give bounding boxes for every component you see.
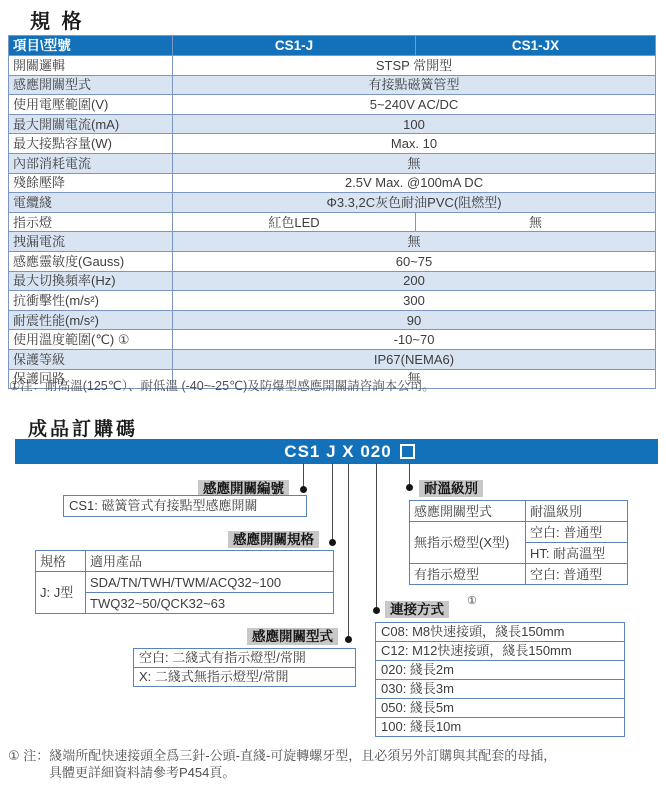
sensor-type-option-x: X: 二綫式無指示燈型/常開: [134, 667, 355, 686]
bottom-footnote-line2: 具體更詳細資料請參考P454頁。: [49, 764, 235, 781]
sensor-spec-header-row: 規格 適用產品: [36, 551, 334, 572]
label-sensor-type: 感應開關型式: [247, 628, 338, 645]
spec-header-cs1j: CS1-J: [173, 36, 416, 56]
connector-line-cs1: [303, 463, 304, 487]
connection-note-ref: ①: [467, 594, 477, 607]
spec-row-sensitivity: 感應靈敏度(Gauss) 60~75: [9, 251, 656, 271]
sensor-number-box: CS1: 磁簧管式有接點型感應開關: [63, 495, 307, 517]
connector-bullet-x: [345, 636, 352, 643]
temp-grade-opt-blank: 空白: 普通型: [526, 522, 628, 543]
bottom-footnote-prefix: ① 注：: [8, 748, 49, 763]
spec-row-max-current: 最大開關電流(mA) 100: [9, 114, 656, 134]
temp-grade-opt-blank-2: 空白: 普通型: [526, 564, 628, 585]
spec-header-item-model: 項目\型號: [9, 36, 173, 56]
spec-row-protection-grade: 保護等級 IP67(NEMA6): [9, 349, 656, 369]
spec-section-title: 規 格: [30, 5, 85, 34]
temp-grade-opt-ht: HT: 耐高溫型: [526, 543, 628, 564]
sensor-number-text: CS1: 磁簧管式有接點型感應開關: [64, 496, 306, 516]
sensor-spec-products-1: SDA/TN/TWH/TWM/ACQ32~100: [86, 572, 334, 593]
connector-line-square: [409, 463, 410, 485]
label-sensor-spec: 感應開關規格: [228, 531, 319, 548]
spec-row-switch-type: 感應開關型式 有接點磁簧管型: [9, 75, 656, 95]
connection-option-c12: C12: M12快速接頭，綫長150mm: [376, 641, 624, 660]
spec-row-residual-drop: 殘餘壓降 2.5V Max. @100mA DC: [9, 173, 656, 193]
sensor-spec-key: J: J型: [36, 572, 86, 614]
spec-row-internal-consumption: 內部消耗電流 無: [9, 153, 656, 173]
spec-table-header-row: 項目\型號 CS1-J CS1-JX: [9, 36, 656, 56]
temp-grade-header-row: 感應開關型式 耐溫級別: [410, 501, 628, 522]
sensor-type-box: 空白: 二綫式有指示燈型/常開 X: 二綫式無指示燈型/常開: [133, 648, 356, 687]
connector-bullet-square: [406, 484, 413, 491]
catalog-page: 規 格 項目\型號 CS1-J CS1-JX 開關邏輯 STSP 常開型 感應開…: [0, 0, 666, 794]
connection-option-c08: C08: M8快速接頭，綫長150mm: [376, 623, 624, 641]
spec-row-shock-resistance: 抗衝擊性(m/s²) 300: [9, 291, 656, 311]
spec-row-leakage: 拽漏電流 無: [9, 232, 656, 252]
connector-bullet-020: [373, 607, 380, 614]
temp-grade-row-with-indicator: 有指示燈型 空白: 普通型: [410, 564, 628, 585]
temp-grade-table: 感應開關型式 耐溫級別 無指示燈型(X型) 空白: 普通型 HT: 耐高溫型 有…: [409, 500, 628, 585]
sensor-spec-col1-header: 規格: [36, 551, 86, 572]
connector-line-j: [332, 463, 333, 540]
temp-grade-col2-header: 耐溫級別: [526, 501, 628, 522]
blank-box-icon: [400, 444, 415, 459]
connection-option-050: 050: 綫長5m: [376, 698, 624, 717]
connector-line-x: [348, 463, 349, 637]
spec-row-max-capacity: 最大接點容量(W) Max. 10: [9, 134, 656, 154]
spec-row-switch-frequency: 最大切換頻率(Hz) 200: [9, 271, 656, 291]
sensor-spec-row-1: J: J型 SDA/TN/TWH/TWM/ACQ32~100: [36, 572, 334, 593]
connection-option-020: 020: 綫長2m: [376, 660, 624, 679]
sensor-type-option-blank: 空白: 二綫式有指示燈型/常開: [134, 649, 355, 667]
spec-row-vibration-resistance: 耐震性能(m/s²) 90: [9, 310, 656, 330]
bottom-footnote: ① 注：綫端所配快速接頭全爲三針-公頭-直綫-可旋轉螺牙型，且必須另外訂購與其配…: [8, 747, 556, 781]
bottom-footnote-line1: 綫端所配快速接頭全爲三針-公頭-直綫-可旋轉螺牙型，且必須另外訂購與其配套的母插…: [49, 748, 556, 763]
order-code-bar: CS1 J X 020: [15, 439, 658, 464]
spec-row-temperature-range: 使用溫度範圍(℃) ① -10~70: [9, 330, 656, 350]
connection-option-100: 100: 綫長10m: [376, 717, 624, 736]
order-section-title: 成品訂購碼: [28, 414, 138, 441]
spec-row-switch-logic: 開關邏輯 STSP 常開型: [9, 56, 656, 76]
sensor-spec-col2-header: 適用產品: [86, 551, 334, 572]
spec-table: 項目\型號 CS1-J CS1-JX 開關邏輯 STSP 常開型 感應開關型式 …: [8, 35, 656, 389]
sensor-spec-table: 規格 適用產品 J: J型 SDA/TN/TWH/TWM/ACQ32~100 T…: [35, 550, 334, 614]
temp-grade-col1-header: 感應開關型式: [410, 501, 526, 522]
temp-grade-row-no-indicator-a: 無指示燈型(X型) 空白: 普通型: [410, 522, 628, 543]
spec-row-voltage-range: 使用電壓範圍(V) 5~240V AC/DC: [9, 95, 656, 115]
connector-bullet-cs1: [300, 486, 307, 493]
label-temp-grade: 耐溫級別: [419, 480, 483, 497]
spec-footnote: ①注：耐高溫(125℃）、耐低溫 (-40~-25℃)及防爆型感應開關請咨詢本公…: [9, 376, 435, 394]
connector-line-020: [376, 463, 377, 608]
connector-bullet-j: [329, 539, 336, 546]
spec-header-cs1jx: CS1-JX: [416, 36, 656, 56]
spec-row-cable: 電纜綫 Φ3.3,2C灰色耐油PVC(阻燃型): [9, 193, 656, 213]
connection-option-030: 030: 綫長3m: [376, 679, 624, 698]
sensor-spec-products-2: TWQ32~50/QCK32~63: [86, 593, 334, 614]
temp-grade-with-indicator: 有指示燈型: [410, 564, 526, 585]
spec-row-indicator: 指示燈 紅色LED 無: [9, 212, 656, 232]
order-code-text: CS1 J X 020: [284, 442, 391, 462]
label-connection: 連接方式: [385, 601, 449, 618]
temp-grade-no-indicator: 無指示燈型(X型): [410, 522, 526, 564]
connection-box: C08: M8快速接頭，綫長150mm C12: M12快速接頭，綫長150mm…: [375, 622, 625, 737]
